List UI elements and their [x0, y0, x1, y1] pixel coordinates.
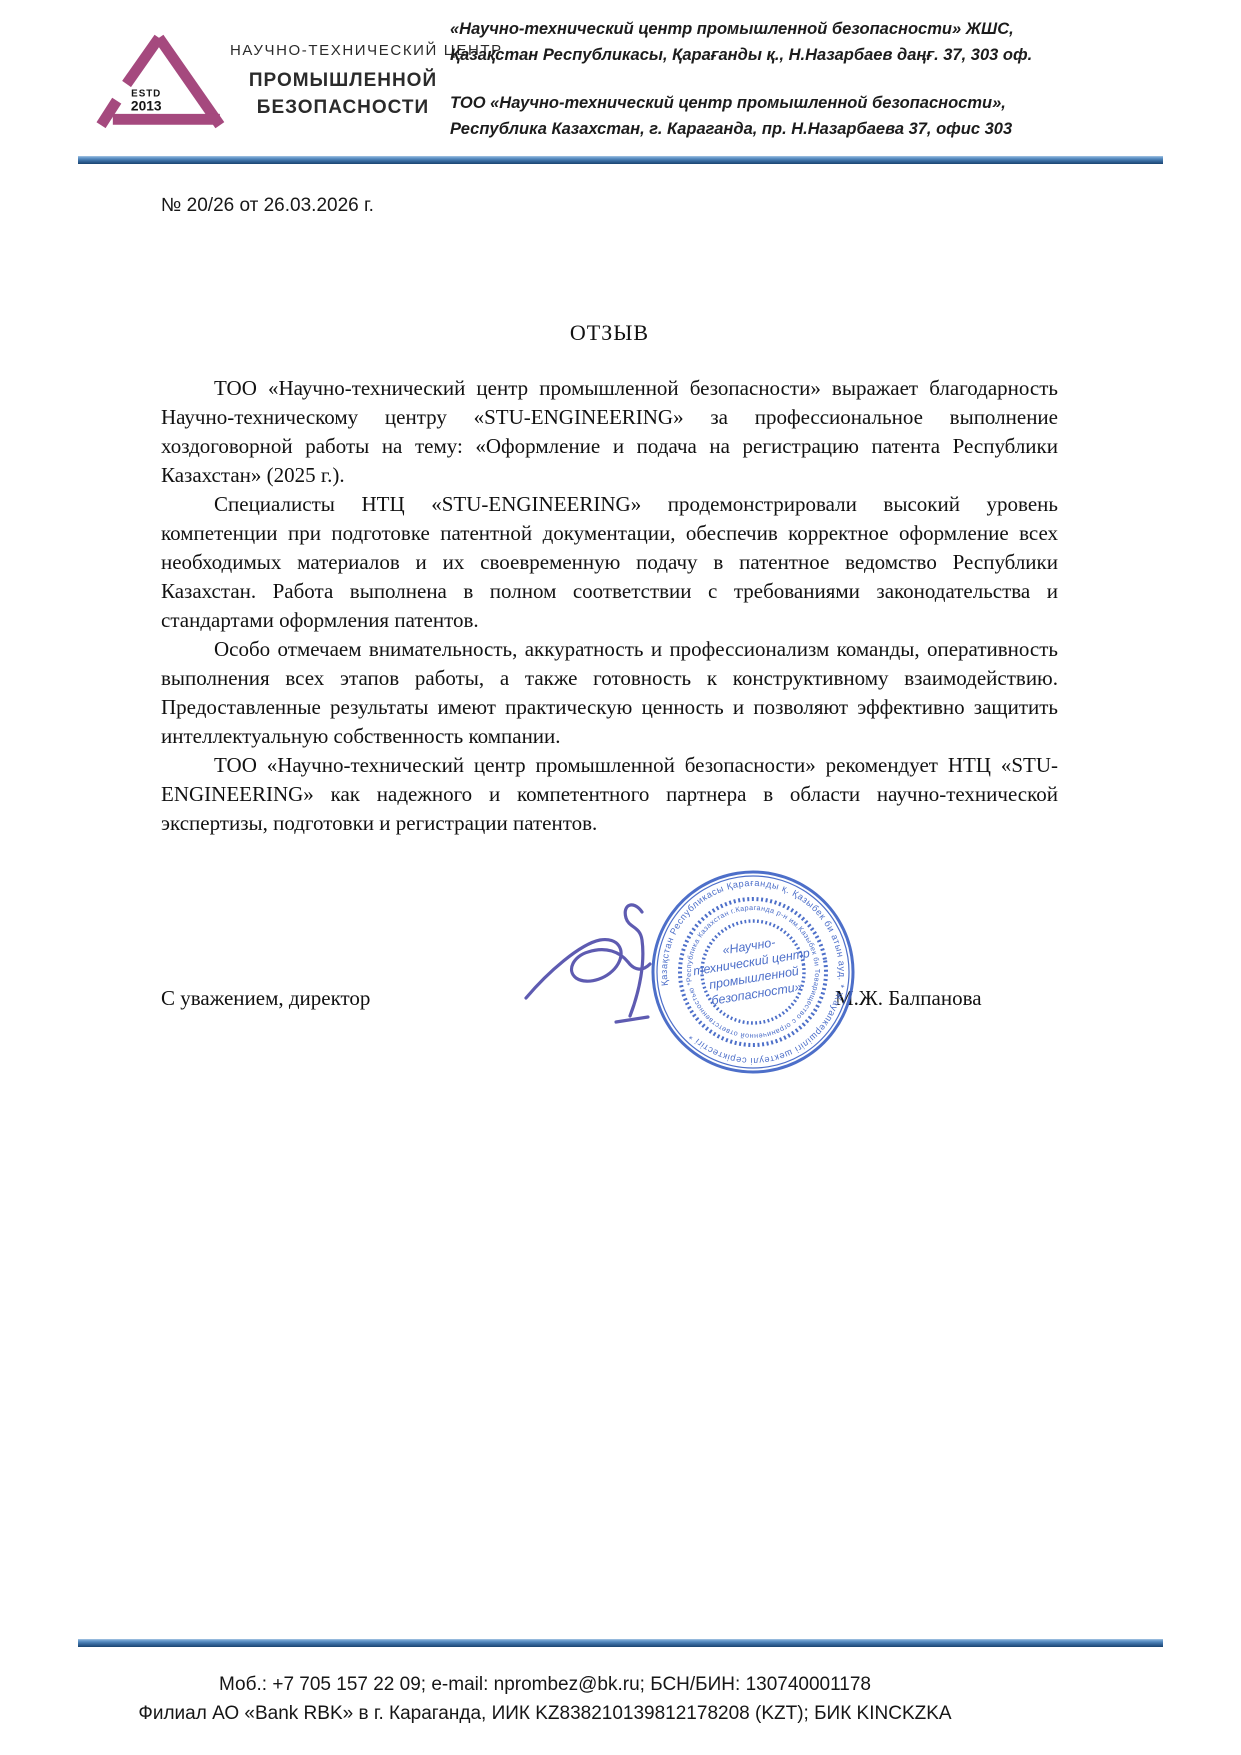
footer-line-contacts: Моб.: +7 705 157 22 09; e-mail: nprombez…: [0, 1670, 1090, 1699]
logo-left-edge: [127, 38, 159, 84]
header-address-gap: [450, 68, 1040, 90]
signature-label: С уважением, директор: [161, 986, 370, 1011]
logo-wordmark-line2: ПРОМЫШЛЕННОЙ: [230, 70, 456, 92]
org-name-ru: ТОО «Научно-технический центр промышленн…: [450, 90, 1040, 116]
company-logo-triangle-icon: ESTD 2013: [88, 28, 228, 136]
logo-wordmark-line3: БЕЗОПАСНОСТИ: [230, 97, 456, 119]
signature-loop: [526, 940, 650, 998]
paragraph-2: Специалисты НТЦ «STU-ENGINEERING» продем…: [161, 490, 1058, 635]
logo-badge-year: 2013: [131, 98, 162, 113]
signature-dash: [616, 1017, 648, 1022]
logo-wordmark-line1: НАУЧНО-ТЕХНИЧЕСКИЙ ЦЕНТР: [230, 42, 456, 59]
paragraph-3: Особо отмечаем внимательность, аккуратно…: [161, 635, 1058, 751]
header-divider: [78, 156, 1163, 164]
footer-contacts: Моб.: +7 705 157 22 09; e-mail: nprombez…: [0, 1670, 1090, 1728]
logo-right-edge: [159, 38, 220, 125]
header-address-block: «Научно-технический центр промышленной б…: [450, 16, 1040, 142]
page-title: ОТЗЫВ: [161, 320, 1058, 346]
org-name-kk: «Научно-технический центр промышленной б…: [450, 16, 1040, 42]
company-logo-wordmark: НАУЧНО-ТЕХНИЧЕСКИЙ ЦЕНТР ПРОМЫШЛЕННОЙ БЕ…: [230, 42, 456, 119]
document-number: № 20/26 от 26.03.2026 г.: [161, 195, 374, 217]
footer-line-bank: Филиал АО «Bank RBK» в г. Караганда, ИИК…: [0, 1699, 1090, 1728]
org-address-kk: Қазақстан Республикасы, Қарағанды қ., Н.…: [450, 42, 1040, 68]
letter-page: ESTD 2013 НАУЧНО-ТЕХНИЧЕСКИЙ ЦЕНТР ПРОМЫ…: [0, 0, 1241, 1755]
letter-body: ТОО «Научно-технический центр промышленн…: [161, 374, 1058, 838]
paragraph-1: ТОО «Научно-технический центр промышленн…: [161, 374, 1058, 490]
org-address-ru: Республика Казахстан, г. Караганда, пр. …: [450, 116, 1040, 142]
paragraph-4: ТОО «Научно-технический центр промышленн…: [161, 751, 1058, 838]
footer-divider: [78, 1639, 1163, 1647]
director-signature: [518, 896, 718, 1036]
